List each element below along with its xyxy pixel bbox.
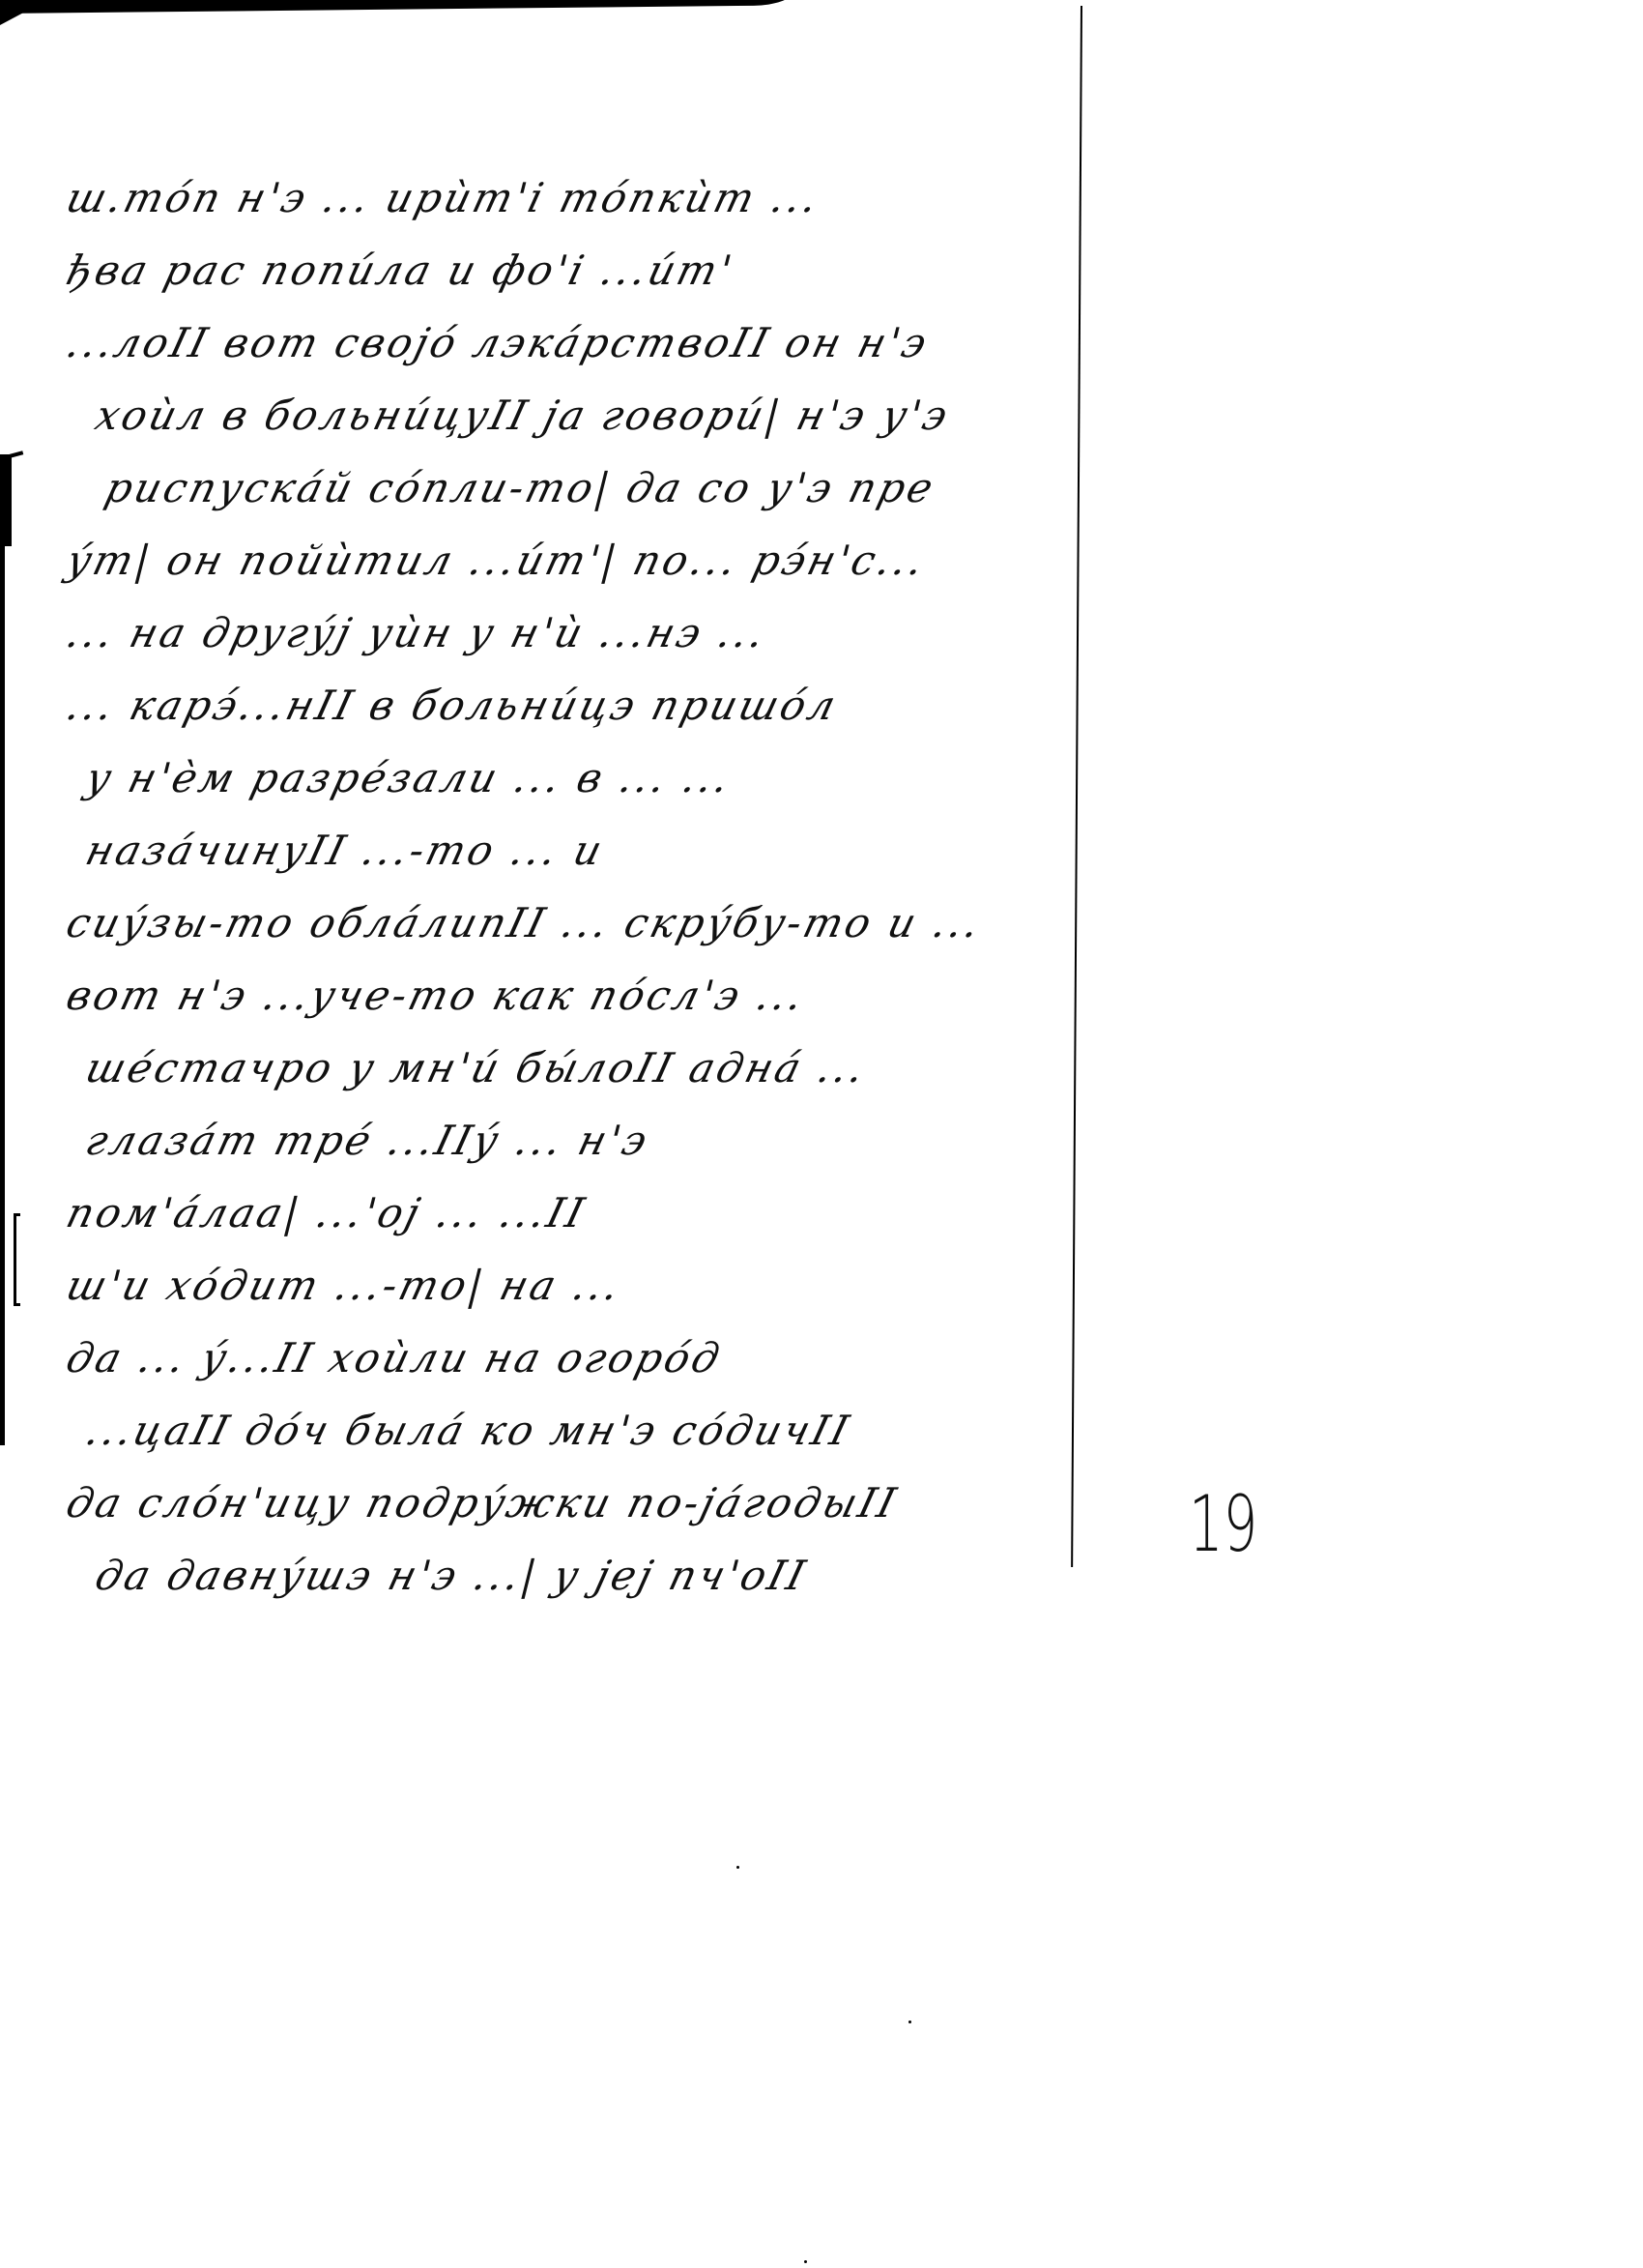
text-line: наза́чинуІІ ...-то ... и bbox=[81, 827, 610, 874]
text-line: вот н'э ...уче-то как по́сл'э ... bbox=[62, 972, 811, 1019]
text-line: ... карэ́...нІІ в больни́цэ пришо́л bbox=[62, 682, 843, 729]
text-line: да сло́н'ицу подру́жки по-jа́годыІІ bbox=[62, 1479, 904, 1527]
text-line: ш'и хо́дит ...-то| на ... bbox=[62, 1262, 627, 1309]
scan-speck bbox=[804, 2260, 807, 2263]
scanned-page: ш.то́п н'э ... ирѝт'і то́пкѝт ... ђва ра… bbox=[0, 0, 1643, 2268]
text-line: ђва рас попи́ла и фо'і ...и́т' bbox=[62, 247, 739, 294]
scan-speck bbox=[908, 2021, 911, 2023]
text-line: у́т| он пойѝтил ...и́т'| по... рэ́н'с... bbox=[62, 537, 932, 584]
text-line: ...цаІІ до́ч была́ ко мн'э со́дичІІ bbox=[81, 1407, 856, 1454]
text-line: глаза́т тре́ ...IIу́ ... н'э bbox=[81, 1117, 654, 1164]
text-line: да давну́шэ н'э ...| у jеj пч'оІІ bbox=[91, 1552, 813, 1599]
text-line: сиу́зы-то обла́липІІ ... скру́бу-то и ..… bbox=[62, 899, 987, 946]
text-line: ... на другу́j уѝн у н'ѝ ...нэ ... bbox=[62, 609, 772, 656]
text-line: ш.то́п н'э ... ирѝт'і то́пкѝт ... bbox=[62, 174, 825, 221]
text-line: ...лоІІ вот своjо́ лэка́рствоІІ он н'э bbox=[62, 319, 935, 366]
scan-left-edge bbox=[0, 546, 5, 1445]
text-line: пом'а́лаа| ...'ој ... ...IІ bbox=[62, 1189, 591, 1236]
text-line: ше́стачро у мн'и́ бы́лоІІ адна́ ... bbox=[81, 1044, 872, 1091]
text-line: хоѝл в больни́цуІІ jа говори́| н'э у'э bbox=[91, 392, 955, 439]
margin-bracket-upper bbox=[0, 454, 12, 546]
scan-top-edge-tail bbox=[0, 10, 29, 25]
margin-line bbox=[1071, 6, 1082, 1567]
page-number: 19 bbox=[1189, 1479, 1257, 1569]
text-line: риспуска́й со́пли-то| да со у'э пре bbox=[101, 464, 940, 511]
margin-bracket-lower bbox=[14, 1213, 20, 1306]
scan-speck bbox=[736, 1866, 739, 1869]
text-line: у н'ѐм разре́зали ... в ... ... bbox=[81, 754, 736, 801]
scan-top-edge bbox=[0, 0, 793, 14]
text-line: да ... у́...ІІ хоѝли на огоро́д bbox=[62, 1334, 727, 1381]
